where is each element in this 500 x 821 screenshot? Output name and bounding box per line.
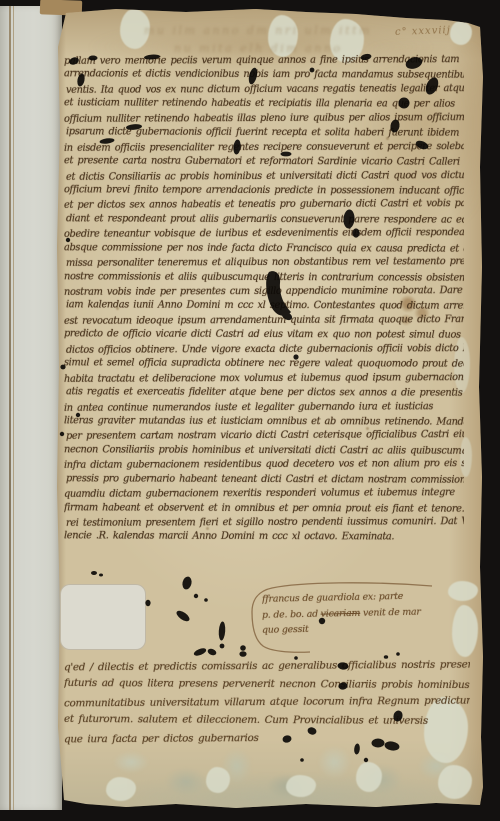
binding-crease <box>9 6 11 810</box>
bottom-entry-block: q'ed / dilectis et predictis comissariis… <box>64 657 470 747</box>
manuscript-page: c° xxxviij mu ilm anno dm nri ulm ittm n… <box>56 7 483 809</box>
main-text-block: pallam vero memorie peciis verum quinque… <box>64 54 464 559</box>
main-text-line: in eisdem officiis presencialiter regent… <box>64 140 464 156</box>
main-text-line: obedire teneantur vobisque de iuribus et… <box>64 226 464 242</box>
damage-chip <box>438 765 472 799</box>
damage-chip <box>206 767 230 793</box>
damage-chip <box>452 605 478 657</box>
main-text-line: in antea continue numerandos iuste et le… <box>64 400 464 416</box>
manuscript-photo: c° xxxviij mu ilm anno dm nri ulm ittm n… <box>0 0 500 821</box>
binding-crease <box>13 6 14 810</box>
main-text-line: et dictis Consiliariis ac probis hominib… <box>64 169 464 185</box>
main-text-line: arrendacionis et dictis vendicionibus no… <box>64 68 464 84</box>
main-text-line: ipsarum dicte gubernacionis officii fuer… <box>64 125 464 141</box>
main-text-line: infra dictam gubernacionem residentibus … <box>64 457 464 473</box>
main-text-line: iam kalendas iunii Anno Domini m ccc xl … <box>64 299 464 315</box>
damage-chip <box>450 21 472 45</box>
main-text-line: firmam habeant et observent et in omnibu… <box>64 501 464 517</box>
marginal-registration-note: ffrancus de guardiola ex: parte p. de. b… <box>262 590 442 637</box>
main-text-line: nostre commissionis et aliis quibuscumqu… <box>64 270 464 286</box>
main-text-line: habita tractatu et deliberacione mox vol… <box>64 371 464 387</box>
main-text-line: lencie .R. kalendas marcii Anno Domini m… <box>64 530 464 546</box>
main-text-line: et per dictos sex annos habeatis et tene… <box>64 198 464 214</box>
main-text-line: missa personaliter teneremus et aliquibu… <box>64 255 464 271</box>
main-text-line: atis regatis et exerceatis fideliter atq… <box>64 385 464 401</box>
gutter-leaf <box>0 6 62 810</box>
damage-chip <box>286 775 316 797</box>
main-text-line: et iusticiam nulliter retinendo habeatis… <box>64 97 464 113</box>
show-through-text: mu ilm anno dm nri ulm ittm <box>144 24 418 37</box>
note-struck-word: vicariam <box>321 607 361 619</box>
note-text: venit de mar <box>360 606 421 618</box>
bottom-text-line: que iura facta per dictos gubernarios <box>64 728 470 749</box>
main-text-line: predicto de officio vicarie dicti Castri… <box>64 328 464 344</box>
main-text-line: et presente carta nostra Gubernatori et … <box>64 154 464 170</box>
damage-chip <box>356 762 382 792</box>
note-line: quo gessit <box>262 619 442 638</box>
main-text-line <box>64 544 464 560</box>
main-text-line: per presentem cartam nostram vicario dic… <box>64 429 464 445</box>
main-text-line: quamdiu dictam gubernacionem rexeritis r… <box>64 486 464 502</box>
damage-chip <box>106 777 136 801</box>
damage-chip <box>448 581 478 601</box>
note-text: p. de. bo. ad <box>262 608 321 620</box>
repair-patch <box>60 584 146 650</box>
main-text-line: simul et semel officia supradicta obtine… <box>64 356 464 372</box>
